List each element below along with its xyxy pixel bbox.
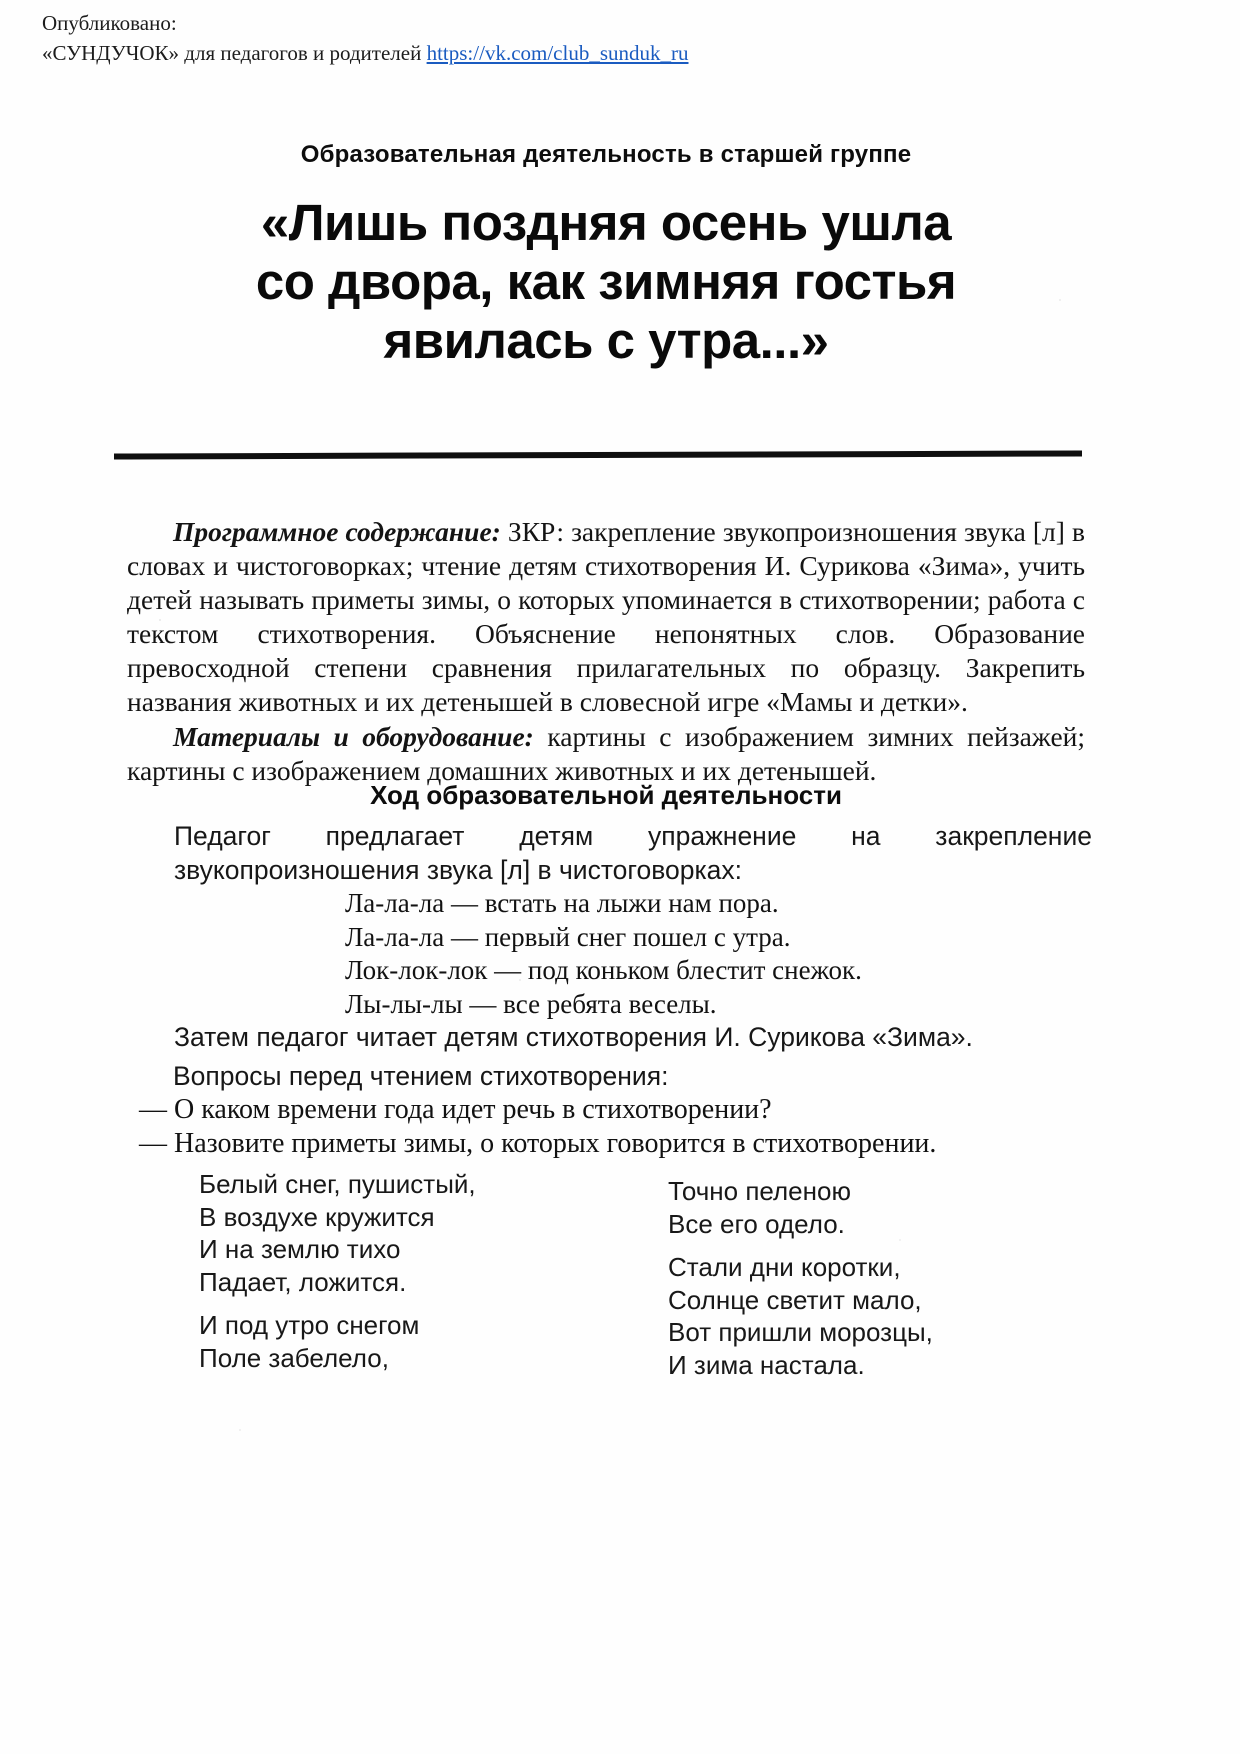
title-line-1: «Лишь поздняя осень ушла: [90, 193, 1122, 252]
document-title: «Лишь поздняя осень ушла со двора, как з…: [90, 193, 1122, 370]
program-content-label: Программное содержание:: [173, 516, 501, 547]
chistogovorka-line: Лок-лок-лок — под коньком блестит снежок…: [345, 954, 862, 988]
poem-line: Падает, ложится.: [199, 1266, 476, 1299]
published-label: Опубликовано:: [42, 8, 689, 38]
poem-stanza: Стали дни коротки, Солнце светит мало, В…: [668, 1251, 933, 1381]
poem-column-left: Белый снег, пушистый, В воздухе кружится…: [199, 1168, 476, 1385]
poem-line: Солнце светит мало,: [668, 1284, 933, 1317]
materials-paragraph: Материалы и оборудование: картины с изоб…: [127, 720, 1085, 788]
document-page: Опубликовано: «СУНДУЧОК» для педагогов и…: [0, 0, 1240, 1754]
poem-line: В воздухе кружится: [199, 1201, 476, 1234]
chistogovorka-line: Лы-лы-лы — все ребята веселы.: [345, 988, 862, 1022]
source-name: «СУНДУЧОК» для педагогов и родителей: [42, 41, 427, 65]
question-line: — О каком времени года идет речь в стихо…: [139, 1094, 772, 1126]
poem-line: Белый снег, пушистый,: [199, 1168, 476, 1201]
poem-column-right: Точно пеленою Все его одело. Стали дни к…: [668, 1175, 933, 1392]
poem-stanza: Точно пеленою Все его одело.: [668, 1175, 933, 1240]
chistogovorki-block: Ла-ла-ла — встать на лыжи нам пора. Ла-л…: [345, 887, 862, 1021]
poem-line: И на землю тихо: [199, 1233, 476, 1266]
horizontal-rule: [114, 450, 1082, 459]
publication-header: Опубликовано: «СУНДУЧОК» для педагогов и…: [42, 8, 689, 68]
program-content-paragraph: Программное содержание: ЗКР: закрепление…: [127, 515, 1085, 719]
chistogovorka-line: Ла-ла-ла — встать на лыжи нам пора.: [345, 887, 862, 921]
title-line-3: явилась с утра...»: [90, 311, 1122, 370]
published-source-line: «СУНДУЧОК» для педагогов и родителей htt…: [42, 38, 689, 68]
materials-label: Материалы и оборудование:: [173, 721, 534, 752]
poem-line: Все его одело.: [668, 1208, 933, 1241]
chistogovorka-line: Ла-ла-ла — первый снег пошел с утра.: [345, 921, 862, 955]
then-reads-line: Затем педагог читает детям стихотворения…: [174, 1022, 973, 1053]
question-line: — Назовите приметы зимы, о которых говор…: [139, 1128, 936, 1160]
poem-line: Вот пришли морозцы,: [668, 1316, 933, 1349]
questions-heading: Вопросы перед чтением стихотворения:: [173, 1061, 668, 1092]
poem-stanza: Белый снег, пушистый, В воздухе кружится…: [199, 1168, 476, 1298]
title-line-2: со двора, как зимняя гостья: [90, 252, 1122, 311]
poem-line: И зима настала.: [668, 1349, 933, 1382]
poem-line: И под утро снегом: [199, 1309, 476, 1342]
poem-line: Поле забелело,: [199, 1342, 476, 1375]
intro-paragraph: Педагог предлагает детям упражнение на з…: [174, 819, 1092, 887]
document-kicker: Образовательная деятельность в старшей г…: [127, 141, 1085, 169]
section-heading: Ход образовательной деятельности: [127, 780, 1085, 811]
poem-line: Стали дни коротки,: [668, 1251, 933, 1284]
vk-link[interactable]: https://vk.com/club_sunduk_ru: [427, 41, 689, 65]
poem-line: Точно пеленою: [668, 1175, 933, 1208]
poem-stanza: И под утро снегом Поле забелело,: [199, 1309, 476, 1374]
